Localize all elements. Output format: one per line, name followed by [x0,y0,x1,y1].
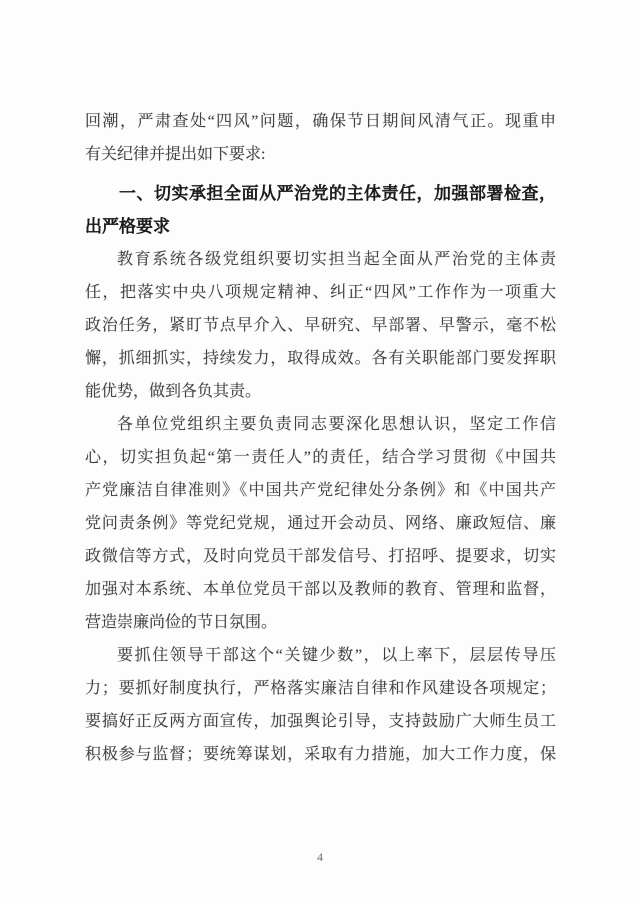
text-line: 加强对本系统、本单位党员干部以及教师的教育、管理和监督， [85,573,556,606]
text-line: 有关纪律并提出如下要求: [85,138,556,171]
text-line: 力；要抓好制度执行，严格落实廉洁自律和作风建设各项规定； [85,672,556,705]
text-line: 要搞好正反两方面宣传，加强舆论引导，支持鼓励广大师生员工 [85,705,556,738]
text-line: 积极参与监督；要统筹谋划，采取有力措施，加大工作力度，保 [85,738,556,771]
text-line: 产党廉洁自律准则》《中国共产党纪律处分条例》和《中国共产 [85,474,556,507]
section-heading-line: 出严格要求 [85,210,556,243]
page-number: 4 [0,849,640,865]
text-line: 党问责条例》等党纪党规，通过开会动员、网络、廉政短信、廉 [85,507,556,540]
document-body: 回潮，严肃查处“四风”问题，确保节日期间风清气正。现重申 有关纪律并提出如下要求… [85,105,556,771]
text-line: 回潮，严肃查处“四风”问题，确保节日期间风清气正。现重申 [85,105,556,138]
text-line: 能优势，做到各负其责。 [85,375,556,408]
text-line: 政治任务，紧盯节点早介入、早研究、早部署、早警示，毫不松 [85,309,556,342]
text-line: 教育系统各级党组织要切实担当起全面从严治党的主体责 [85,243,556,276]
text-line: 政微信等方式，及时向党员干部发信号、打招呼、提要求，切实 [85,540,556,573]
document-page: 回潮，严肃查处“四风”问题，确保节日期间风清气正。现重申 有关纪律并提出如下要求… [0,0,640,904]
section-heading-line: 一、切实承担全面从严治党的主体责任，加强部署检查，提 [85,177,556,210]
text-line: 要抓住领导干部这个“关键少数”，以上率下，层层传导压 [85,639,556,672]
text-line: 营造崇廉尚俭的节日氛围。 [85,606,556,639]
text-line: 任，把落实中央八项规定精神、纠正“四风”工作作为一项重大 [85,276,556,309]
text-line: 各单位党组织主要负责同志要深化思想认识，坚定工作信 [85,408,556,441]
text-line: 懈，抓细抓实，持续发力，取得成效。各有关职能部门要发挥职 [85,342,556,375]
text-line: 心，切实担负起“第一责任人”的责任，结合学习贯彻《中国共 [85,441,556,474]
